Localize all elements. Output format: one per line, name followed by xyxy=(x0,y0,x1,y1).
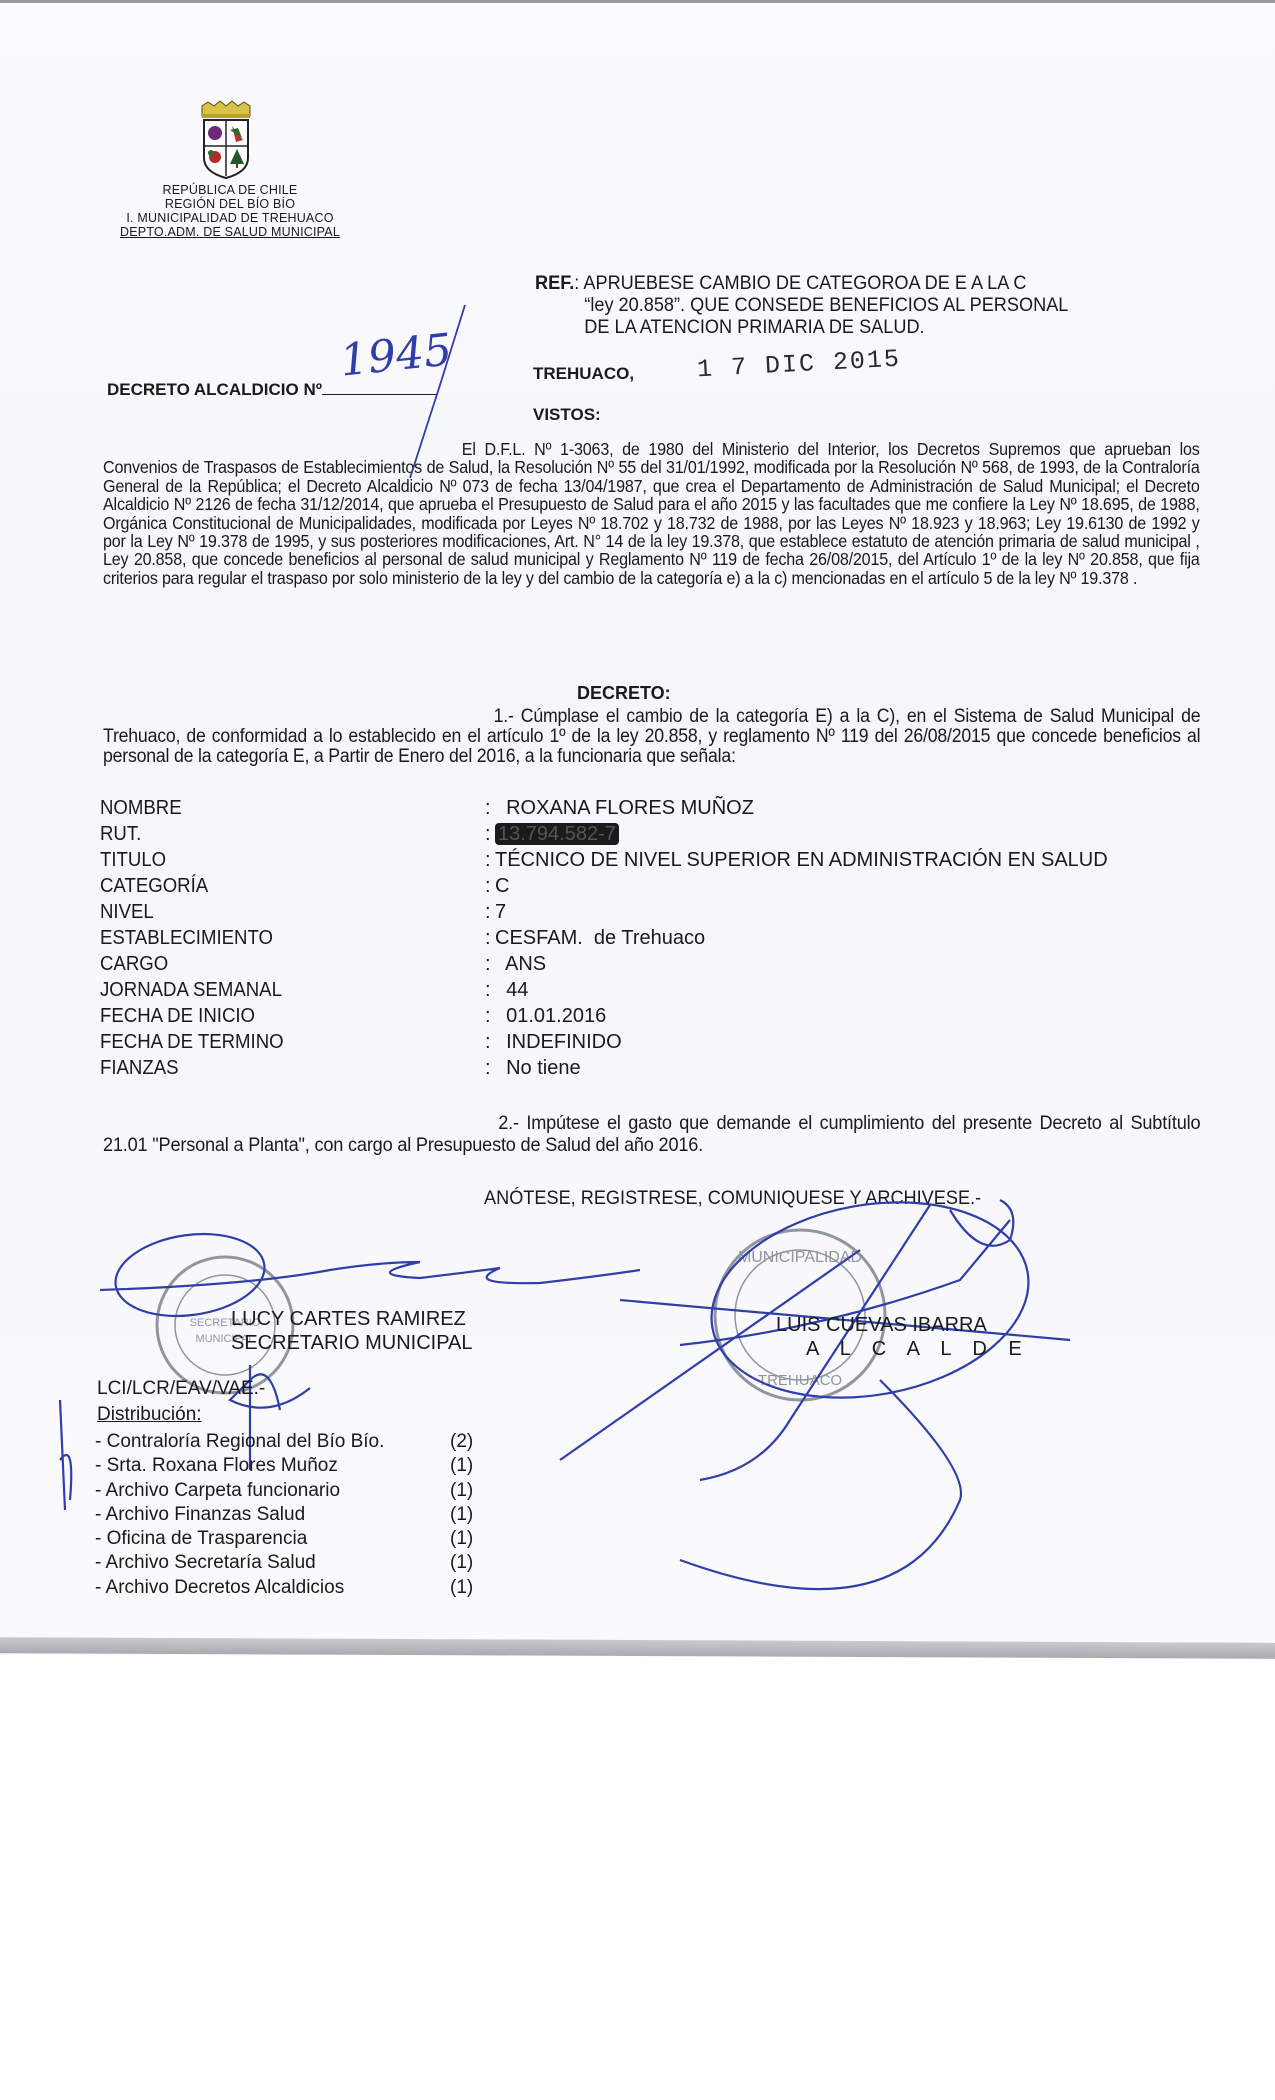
reference-line-3: DE LA ATENCION PRIMARIA DE SALUD. xyxy=(535,316,1068,338)
mayor-title: A L C A L D E xyxy=(776,1337,1030,1361)
field-row: RUT.:13.794.582-7 xyxy=(100,821,1108,847)
field-separator: : xyxy=(485,899,495,925)
field-row: CARGO: ANS xyxy=(100,951,1108,977)
distribution-copies: (1) xyxy=(450,1576,473,1600)
field-separator: : xyxy=(485,951,495,977)
field-separator: : xyxy=(485,1029,495,1055)
field-label: FECHA DE INICIO xyxy=(100,1003,458,1029)
decreto-heading: DECRETO: xyxy=(577,683,671,704)
closing-formula: ANÓTESE, REGISTRESE, COMUNIQUESE Y ARCHI… xyxy=(484,1187,981,1210)
mayor-signature xyxy=(560,1179,1070,1589)
distribution-heading: Distribución: xyxy=(97,1404,202,1426)
field-label: CARGO xyxy=(100,951,458,977)
field-separator: : xyxy=(485,977,495,1003)
distribution-recipient: - Archivo Finanzas Salud xyxy=(95,1503,450,1527)
initials-line: LCI/LCR/EAV/VAE.- xyxy=(97,1378,265,1400)
field-label: TITULO xyxy=(100,847,458,873)
field-value: No tiene xyxy=(495,1055,581,1081)
handwritten-decree-number: 1945 xyxy=(338,324,455,386)
vistos-heading: VISTOS: xyxy=(533,405,601,425)
secretary-signature-block: LUCY CARTES RAMIREZ SECRETARIO MUNICIPAL xyxy=(231,1307,473,1355)
reference-line-2: “ley 20.858”. QUE CONSEDE BENEFICIOS AL … xyxy=(535,294,1068,316)
distribution-copies: (1) xyxy=(450,1503,473,1527)
article-1-paragraph: 1.- Cúmplase el cambio de la categoría E… xyxy=(103,707,1200,767)
field-row: FECHA DE INICIO: 01.01.2016 xyxy=(100,1003,1108,1029)
field-value: 01.01.2016 xyxy=(495,1003,606,1029)
article-2-paragraph: 2.- Impútese el gasto que demande el cum… xyxy=(103,1112,1200,1156)
place-label: TREHUACO, xyxy=(533,364,634,384)
field-separator: : xyxy=(485,1055,495,1081)
distribution-recipient: - Archivo Decretos Alcaldicios xyxy=(95,1576,450,1600)
issuer-block: REPÚBLICA DE CHILE REGIÓN DEL BÍO BÍO I.… xyxy=(100,183,360,239)
field-separator: : xyxy=(485,821,495,847)
field-value: ANS xyxy=(495,951,546,977)
distribution-item: - Archivo Decretos Alcaldicios(1) xyxy=(95,1576,473,1600)
field-row: ESTABLECIMIENTO:CESFAM. de Trehuaco xyxy=(100,925,1108,951)
distribution-recipient: - Srta. Roxana Flores Muñoz xyxy=(95,1454,450,1478)
field-row: NIVEL:7 xyxy=(100,899,1108,925)
field-label: NIVEL xyxy=(100,899,458,925)
field-value: TÉCNICO DE NIVEL SUPERIOR EN ADMINISTRAC… xyxy=(495,847,1108,873)
field-row: FECHA DE TERMINO: INDEFINIDO xyxy=(100,1029,1108,1055)
municipal-crest-icon xyxy=(196,100,256,180)
field-value: CESFAM. de Trehuaco xyxy=(495,925,705,951)
date-stamp: 1 7 DIC 2015 xyxy=(696,345,901,385)
reference-block: REF.: APRUEBESE CAMBIO DE CATEGOROA DE E… xyxy=(535,272,1068,338)
scanned-document-page: REPÚBLICA DE CHILE REGIÓN DEL BÍO BÍO I.… xyxy=(0,0,1275,1655)
distribution-item: - Contraloría Regional del Bío Bío.(2) xyxy=(95,1430,473,1454)
decree-number-label: DECRETO ALCALDICIO Nº xyxy=(107,380,322,399)
scan-edge xyxy=(0,0,1275,3)
field-label: FECHA DE TERMINO xyxy=(100,1029,458,1055)
svg-text:MUNICIPALIDAD: MUNICIPALIDAD xyxy=(738,1249,862,1266)
field-label: CATEGORÍA xyxy=(100,873,458,899)
reference-label: REF. xyxy=(535,272,574,294)
secretary-title: SECRETARIO MUNICIPAL xyxy=(231,1331,473,1355)
secretary-name: LUCY CARTES RAMIREZ xyxy=(231,1307,473,1331)
decree-number: DECRETO ALCALDICIO Nº xyxy=(107,380,437,400)
distribution-item: - Archivo Secretaría Salud(1) xyxy=(95,1551,473,1575)
mayor-signature-block: LUIS CUEVAS IBARRA A L C A L D E xyxy=(776,1313,1030,1361)
field-label: ESTABLECIMIENTO xyxy=(100,925,458,951)
distribution-item: - Oficina de Trasparencia(1) xyxy=(95,1527,473,1551)
department-line: DEPTO.ADM. DE SALUD MUNICIPAL xyxy=(100,225,360,239)
field-row: CATEGORÍA:C xyxy=(100,873,1108,899)
distribution-recipient: - Archivo Secretaría Salud xyxy=(95,1551,450,1575)
distribution-recipient: - Archivo Carpeta funcionario xyxy=(95,1479,450,1503)
field-separator: : xyxy=(485,873,495,899)
distribution-item: - Archivo Finanzas Salud(1) xyxy=(95,1503,473,1527)
distribution-copies: (2) xyxy=(450,1430,473,1454)
field-value: ROXANA FLORES MUÑOZ xyxy=(495,795,754,821)
field-label: FIANZAS xyxy=(100,1055,458,1081)
municipality-line: I. MUNICIPALIDAD DE TREHUACO xyxy=(100,211,360,225)
distribution-item: - Archivo Carpeta funcionario(1) xyxy=(95,1479,473,1503)
employee-fields: NOMBRE: ROXANA FLORES MUÑOZRUT.:13.794.5… xyxy=(100,795,1108,1081)
mayor-name: LUIS CUEVAS IBARRA xyxy=(776,1313,1030,1337)
field-separator: : xyxy=(485,1003,495,1029)
field-value: 7 xyxy=(495,899,506,925)
field-row: FIANZAS: No tiene xyxy=(100,1055,1108,1081)
distribution-copies: (1) xyxy=(450,1454,473,1478)
field-value: 44 xyxy=(495,977,528,1003)
field-label: NOMBRE xyxy=(100,795,458,821)
distribution-item: - Srta. Roxana Flores Muñoz(1) xyxy=(95,1454,473,1478)
field-value: INDEFINIDO xyxy=(495,1029,622,1055)
distribution-copies: (1) xyxy=(450,1527,473,1551)
distribution-recipient: - Contraloría Regional del Bío Bío. xyxy=(95,1430,450,1454)
reference-line-1: : APRUEBESE CAMBIO DE CATEGOROA DE E A L… xyxy=(574,272,1026,294)
distribution-recipient: - Oficina de Trasparencia xyxy=(95,1527,450,1551)
field-value: C xyxy=(495,873,509,899)
country-line: REPÚBLICA DE CHILE xyxy=(100,183,360,197)
region-line: REGIÓN DEL BÍO BÍO xyxy=(100,197,360,211)
distribution-list: - Contraloría Regional del Bío Bío.(2)- … xyxy=(95,1430,473,1600)
field-row: JORNADA SEMANAL: 44 xyxy=(100,977,1108,1003)
distribution-copies: (1) xyxy=(450,1551,473,1575)
vistos-paragraph: El D.F.L. Nº 1-3063, de 1980 del Ministe… xyxy=(103,440,1200,587)
field-value: 13.794.582-7 xyxy=(495,821,619,847)
field-label: RUT. xyxy=(100,821,458,847)
field-row: NOMBRE: ROXANA FLORES MUÑOZ xyxy=(100,795,1108,821)
field-label: JORNADA SEMANAL xyxy=(100,977,458,1003)
redacted-value: 13.794.582-7 xyxy=(495,823,619,845)
field-separator: : xyxy=(485,847,495,873)
field-separator: : xyxy=(485,795,495,821)
distribution-copies: (1) xyxy=(450,1479,473,1503)
svg-text:TREHUACO: TREHUACO xyxy=(758,1372,842,1389)
field-row: TITULO:TÉCNICO DE NIVEL SUPERIOR EN ADMI… xyxy=(100,847,1108,873)
field-separator: : xyxy=(485,925,495,951)
